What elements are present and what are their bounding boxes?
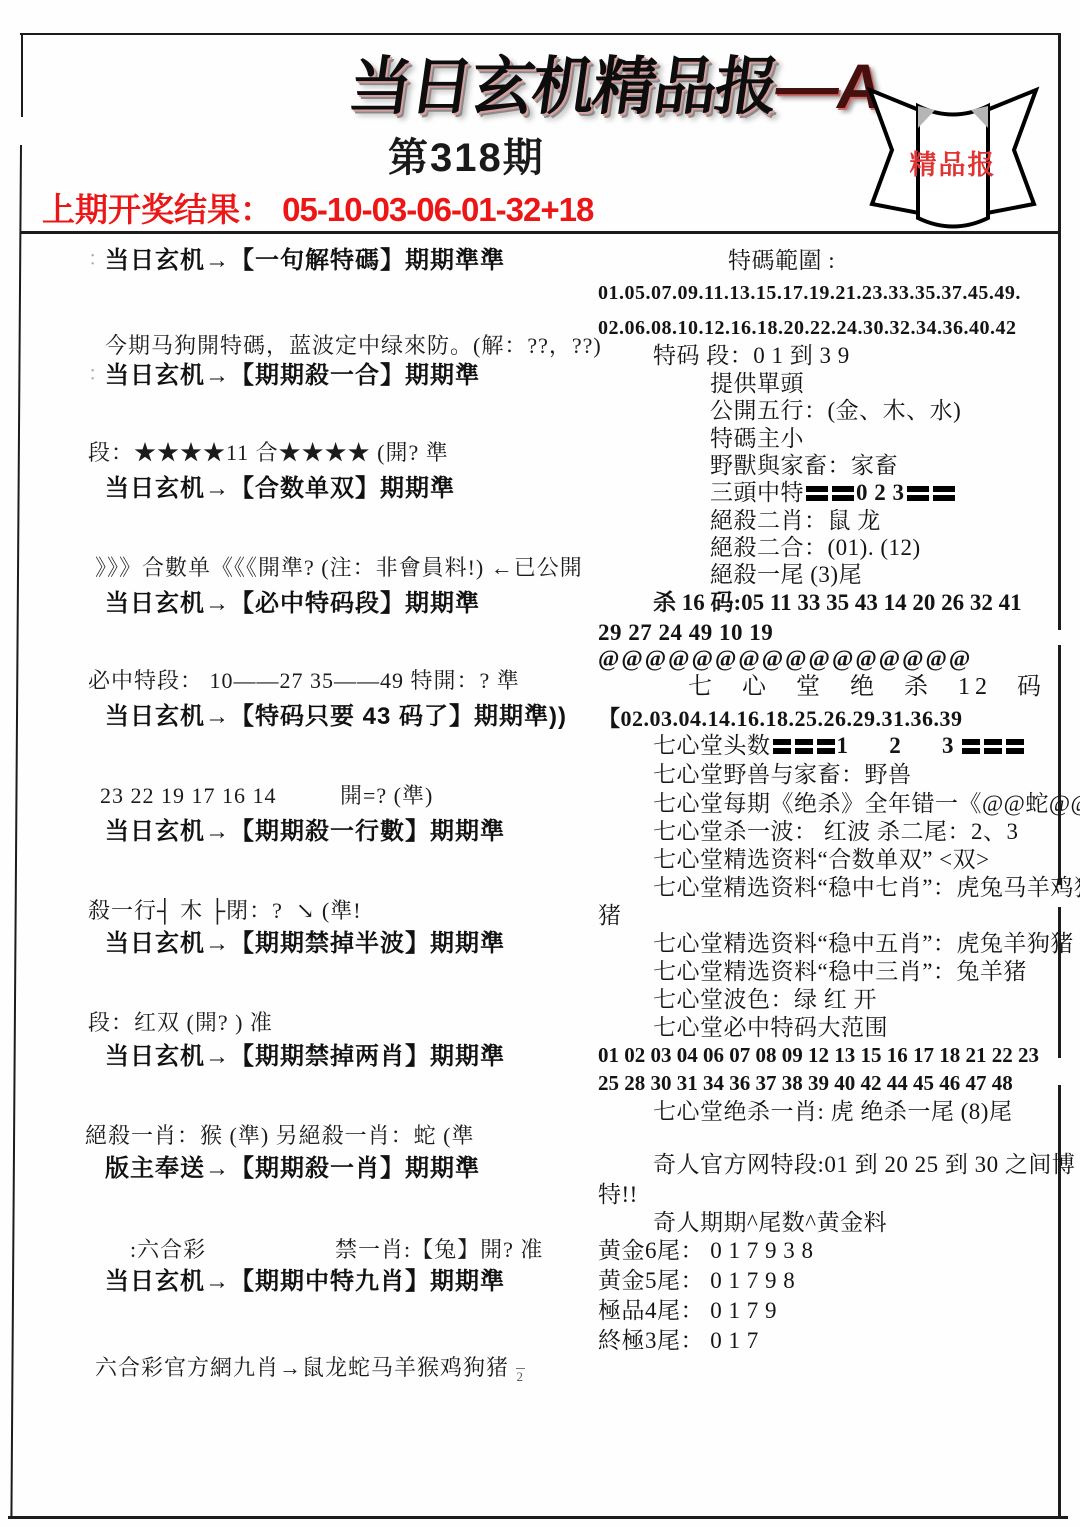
tip-line-ban: 禁一肖:【兔】開? 准 <box>335 1237 543 1262</box>
three-heads-line: 三頭中特0 2 3 <box>710 480 957 506</box>
scan-artifact-subscript: 2 <box>516 1368 526 1384</box>
tip-line-mark: :六合彩 <box>130 1237 206 1262</box>
right-line: 七心堂精选资料“稳中三肖”：兔羊猪 <box>653 959 1027 985</box>
page-border-left <box>21 33 23 117</box>
qiren-line: 奇人官方网特段:01 到 20 25 到 30 之间博 <box>653 1152 1075 1178</box>
previous-result-numbers: 05-10-03-06-01-32+18 <box>282 191 593 228</box>
gold-tail-row: 終極3尾： 0 1 7 <box>598 1328 759 1354</box>
official-nine-zodiac-text: 六合彩官方網九肖→鼠龙蛇马羊猴鸡狗猪 <box>95 1355 509 1380</box>
masthead-title: 当日玄机精品报—A <box>344 36 888 127</box>
right-line: 七心堂每期《绝杀》全年错一《@@蛇@@》 <box>653 791 1080 817</box>
page-border-bottom <box>8 1516 1068 1519</box>
right-line: 七心堂必中特码大范围 <box>653 1015 888 1041</box>
tip-line: 絕殺一肖：猴 (準) 另絕殺一肖：蛇 (準 <box>85 1123 474 1148</box>
right-line: 絕殺一尾 (3)尾 <box>710 562 862 588</box>
gold-tail-row: 黄金5尾： 0 1 7 9 8 <box>598 1268 795 1294</box>
three-heads-values: 0 2 3 <box>856 480 905 505</box>
right-line: 七心堂精选资料“稳中七肖”：虎兔马羊鸡狗 <box>653 875 1080 901</box>
page-border-left <box>10 145 22 1518</box>
double-bar-icon <box>962 739 980 754</box>
brand-line: 当日玄机→【期期殺一行數】期期準 <box>105 818 505 846</box>
tip-line-numbers: 23 22 19 17 16 14 <box>100 783 277 808</box>
brand-line: 当日玄机→【特码只要 43 码了】期期準)) <box>105 703 567 731</box>
kill-16-codes-line: 杀 16 码:05 11 33 35 43 14 20 26 32 41 <box>653 590 1022 616</box>
double-bar-icon <box>773 739 791 754</box>
previous-result-line: 上期开奖结果： 05-10-03-06-01-32+18 <box>42 184 593 231</box>
tip-line: 段：红双 (開? ) 准 <box>88 1010 273 1035</box>
gold-tail-row: 黄金6尾： 0 1 7 9 3 8 <box>598 1238 814 1264</box>
brand-line: 当日玄机→【必中特码段】期期準 <box>105 590 480 618</box>
tip-line: 今期马狗開特碼，蓝波定中绿來防。(解：??，??) <box>105 333 602 358</box>
qiren-gold-title: 奇人期期^尾数^黄金料 <box>653 1210 887 1236</box>
special-range-title: 特碼範圍 : <box>728 248 835 274</box>
special-range-row: 01.05.07.09.11.13.15.17.19.21.23.33.35.3… <box>598 282 1021 305</box>
right-line: 公開五行：(金、木、水) <box>710 398 961 424</box>
right-column: 特碼範圍 : 01.05.07.09.11.13.15.17.19.21.23.… <box>598 240 1060 1440</box>
special-range-row: 02.06.08.10.12.16.18.20.22.24.30.32.34.3… <box>598 317 1017 340</box>
double-bar-icon <box>907 486 929 501</box>
double-bar-icon <box>806 486 828 501</box>
qixintang-title: 七 心 堂 绝 杀 12 码 <box>688 674 1046 702</box>
tip-line: 必中特段： 10——27 35——49 特開：? 準 <box>88 668 520 693</box>
left-column: ： 当日玄机→【一句解特碼】期期準準 今期马狗開特碼，蓝波定中绿來防。(解：??… <box>40 240 580 1440</box>
right-line: 七心堂精选资料“合数单双” <双> <box>653 847 990 873</box>
gold-tail-row: 極品4尾： 0 1 7 9 <box>598 1298 777 1324</box>
big-range-row: 01 02 03 04 06 07 08 09 12 13 15 16 17 1… <box>598 1043 1039 1067</box>
brand-line: 当日玄机→【一句解特碼】期期準準 <box>105 247 505 275</box>
right-line: 七心堂波色：绿 红 开 <box>653 987 877 1013</box>
masthead-title-main: 当日玄机精品报 <box>344 52 781 122</box>
three-heads-label: 三頭中特 <box>710 480 804 505</box>
brand-line: 当日玄机→【合数单双】期期準 <box>105 475 455 503</box>
badge-label: 精品报 <box>910 149 997 180</box>
official-nine-zodiac-line: 六合彩官方網九肖→鼠龙蛇马羊猴鸡狗猪 2 <box>95 1355 525 1385</box>
right-line: 特碼主小 <box>710 426 804 452</box>
right-line: 絕殺二肖：鼠 龙 <box>710 508 881 534</box>
qixintang-heads-label: 七心堂头数 <box>653 733 771 758</box>
right-line: 野獸與家畜：家畜 <box>710 453 898 479</box>
right-line: 提供單頭 <box>710 371 804 397</box>
double-bar-icon <box>933 486 955 501</box>
brand-line: 当日玄机→【期期禁掉半波】期期準 <box>105 930 505 958</box>
qixintang-12-codes: 【02.03.04.14.16.18.25.26.29.31.36.39 <box>598 706 963 731</box>
brand-line: 版主奉送→【期期殺一肖】期期準 <box>105 1155 480 1183</box>
right-line: 七心堂绝杀一肖: 虎 绝杀一尾 (8)尾 <box>653 1099 1012 1125</box>
qixintang-heads-values: 1 2 3 <box>837 733 960 758</box>
double-bar-icon <box>795 739 813 754</box>
issue-number: 第318期 <box>388 126 545 183</box>
tip-line: 段：★★★★11 合★★★★ (開? 準 <box>88 440 449 465</box>
previous-result-label: 上期开奖结果： <box>42 191 282 228</box>
page-border-top <box>20 33 1061 35</box>
ribbon-badge: 精品报 <box>858 66 1048 242</box>
big-range-row: 25 28 30 31 34 36 37 38 39 40 42 44 45 4… <box>598 1071 1013 1095</box>
double-bar-icon <box>817 739 835 754</box>
right-line: 七心堂杀一波： 红波 杀二尾：2、3 <box>653 819 1019 845</box>
right-line-wrap: 猪 <box>598 903 622 929</box>
right-line: 絕殺二合：(01). (12) <box>710 535 921 561</box>
kill-16-codes-line: 29 27 24 49 10 19 <box>598 620 773 646</box>
brand-line: 当日玄机→【期期禁掉两肖】期期準 <box>105 1043 505 1071</box>
right-line: 七心堂精选资料“稳中五肖”：虎兔羊狗猪 <box>653 931 1074 957</box>
tip-line-result: 開=? (準) <box>340 783 433 808</box>
tip-line: 》》》合數单《《《開準? (注：非會員料!) ←已公開 <box>95 555 583 580</box>
double-bar-icon <box>1006 739 1024 754</box>
brand-line: 当日玄机→【期期殺一合】期期準 <box>105 362 480 390</box>
brand-line: 当日玄机→【期期中特九肖】期期準 <box>105 1268 505 1296</box>
lottery-tip-sheet: 当日玄机精品报—A 第318期 精品报 上期开奖结果： 05-10-03-06-… <box>0 0 1080 1527</box>
qixintang-heads-line: 七心堂头数1 2 3 <box>653 733 1026 759</box>
tip-line: 殺一行┤ 木 ├閉：? ↘ (準! <box>88 898 362 923</box>
right-line: 七心堂野兽与家畜：野兽 <box>653 762 912 788</box>
qiren-line-wrap: 特!! <box>598 1182 638 1208</box>
double-bar-icon <box>832 486 854 501</box>
ribbon-badge-shape: 精品报 <box>858 66 1048 242</box>
double-bar-icon <box>984 739 1002 754</box>
right-line: 特码 段：0 1 到 3 9 <box>653 343 850 369</box>
at-sign-divider: @@@@@@@@@@@@@@@@ <box>598 646 972 672</box>
